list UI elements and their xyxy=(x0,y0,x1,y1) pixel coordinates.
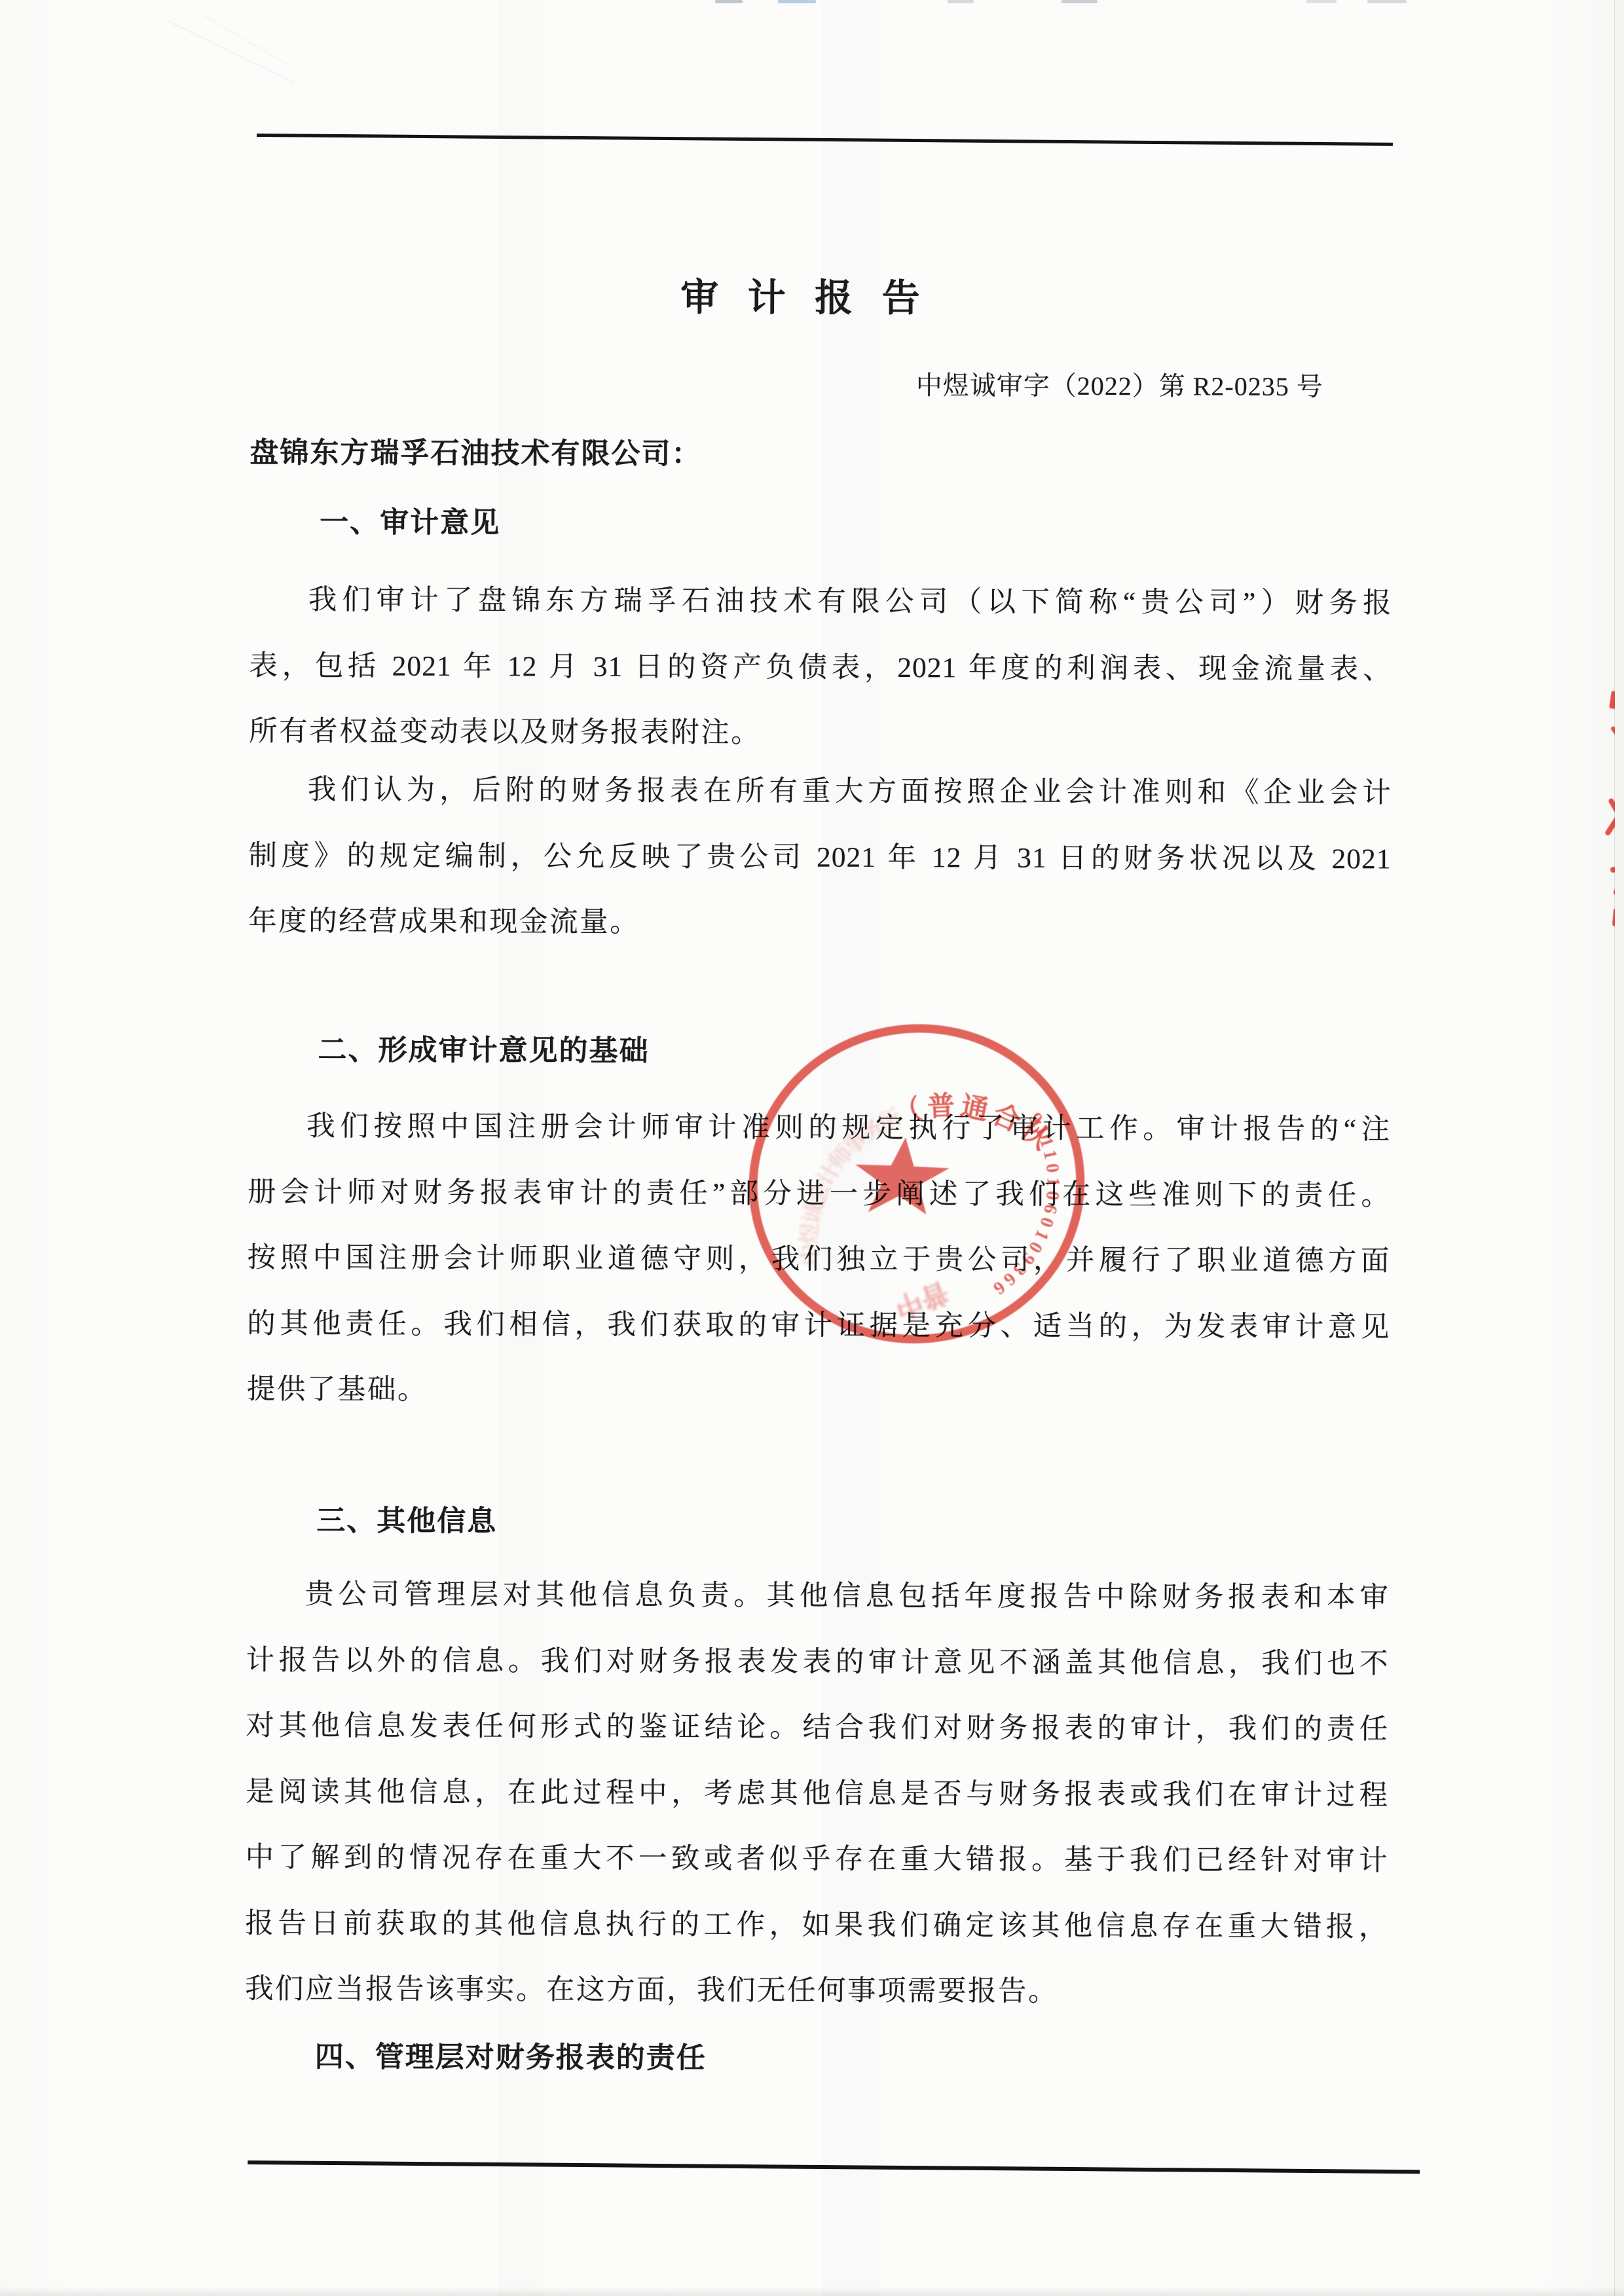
text-line: 我们认为，后附的财务报表在所有重大方面按照企业会计准则和《企业会计 xyxy=(249,757,1392,826)
text-line: 中了解到的情况存在重大不一致或者似乎存在重大错报。基于我们已经针对审计 xyxy=(246,1825,1388,1894)
scan-bottom-edge xyxy=(0,2287,1624,2296)
paragraph: 我们认为，后附的财务报表在所有重大方面按照企业会计准则和《企业会计制度》的规定编… xyxy=(248,757,1392,958)
text-line: 的其他责任。我们相信，我们获取的审计证据是充分、适当的，为发表审计意见 xyxy=(247,1290,1390,1360)
text-line: 表，包括 2021 年 12 月 31 日的资产负债表，2021 年度的利润表、… xyxy=(249,632,1392,702)
scanned-audit-report-page: 审 计 报 告 中煜诚审字（2022）第 R2-0235 号 盘锦东方瑞孚石油技… xyxy=(0,0,1624,2296)
scan-edge-artifact xyxy=(1367,0,1407,3)
text-line: 我们应当报告该事实。在这方面，我们无任何事项需要报告。 xyxy=(245,1956,1388,2026)
text-line: 按照中国注册会计师职业道德守则，我们独立于贵公司，并履行了职业道德方面 xyxy=(247,1225,1390,1294)
text-line: 制度》的规定编制，公允反映了贵公司 2021 年 12 月 31 日的财务状况以… xyxy=(248,822,1391,892)
text-line: 提供了基础。 xyxy=(247,1357,1390,1426)
paragraph: 我们按照中国注册会计师审计准则的规定执行了审计工作。审计报告的“注册会计师对财务… xyxy=(247,1093,1391,1426)
section-heading: 三、其他信息 xyxy=(316,1501,497,1541)
text-line: 我们审计了盘锦东方瑞孚石油技术有限公司（以下简称“贵公司”）财务报 xyxy=(249,567,1392,636)
section-heading: 四、管理层对财务报表的责任 xyxy=(315,2037,707,2078)
text-line: 报告日前获取的其他信息执行的工作，如果我们确定该其他信息存在重大错报， xyxy=(245,1890,1388,1959)
paper-edge-shadow xyxy=(1614,0,1615,2296)
text-line: 是阅读其他信息，在此过程中，考虑其他信息是否与财务报表或我们在审计过程 xyxy=(246,1758,1388,1828)
text-line: 我们按照中国注册会计师审计准则的规定执行了审计工作。审计报告的“注 xyxy=(248,1093,1390,1163)
text-line: 计报告以外的信息。我们对财务报表发表的审计意见不涵盖其他信息，我们也不 xyxy=(246,1627,1389,1696)
paragraph: 我们审计了盘锦东方瑞孚石油技术有限公司（以下简称“贵公司”）财务报表，包括 20… xyxy=(249,567,1392,768)
document-body: 一、审计意见我们审计了盘锦东方瑞孚石油技术有限公司（以下简称“贵公司”）财务报表… xyxy=(0,0,1624,2296)
paragraph: 贵公司管理层对其他信息负责。其他信息包括年度报告中除财务报表和本审计报告以外的信… xyxy=(245,1561,1389,2026)
text-line: 年度的经营成果和现金流量。 xyxy=(248,888,1391,958)
text-line: 对其他信息发表任何形式的鉴证结论。结合我们对财务报表的审计，我们的责任 xyxy=(246,1693,1388,1762)
text-line: 册会计师对财务报表审计的责任”部分进一步阐述了我们在这些准则下的责任。 xyxy=(248,1159,1390,1228)
text-line: 贵公司管理层对其他信息负责。其他信息包括年度报告中除财务报表和本审 xyxy=(246,1561,1389,1631)
scanner-margin-strip xyxy=(1615,0,1624,2296)
section-heading: 二、形成审计意见的基础 xyxy=(318,1030,649,1071)
section-heading: 一、审计意见 xyxy=(320,503,500,543)
page-content: 审 计 报 告 中煜诚审字（2022）第 R2-0235 号 盘锦东方瑞孚石油技… xyxy=(0,0,1624,2296)
